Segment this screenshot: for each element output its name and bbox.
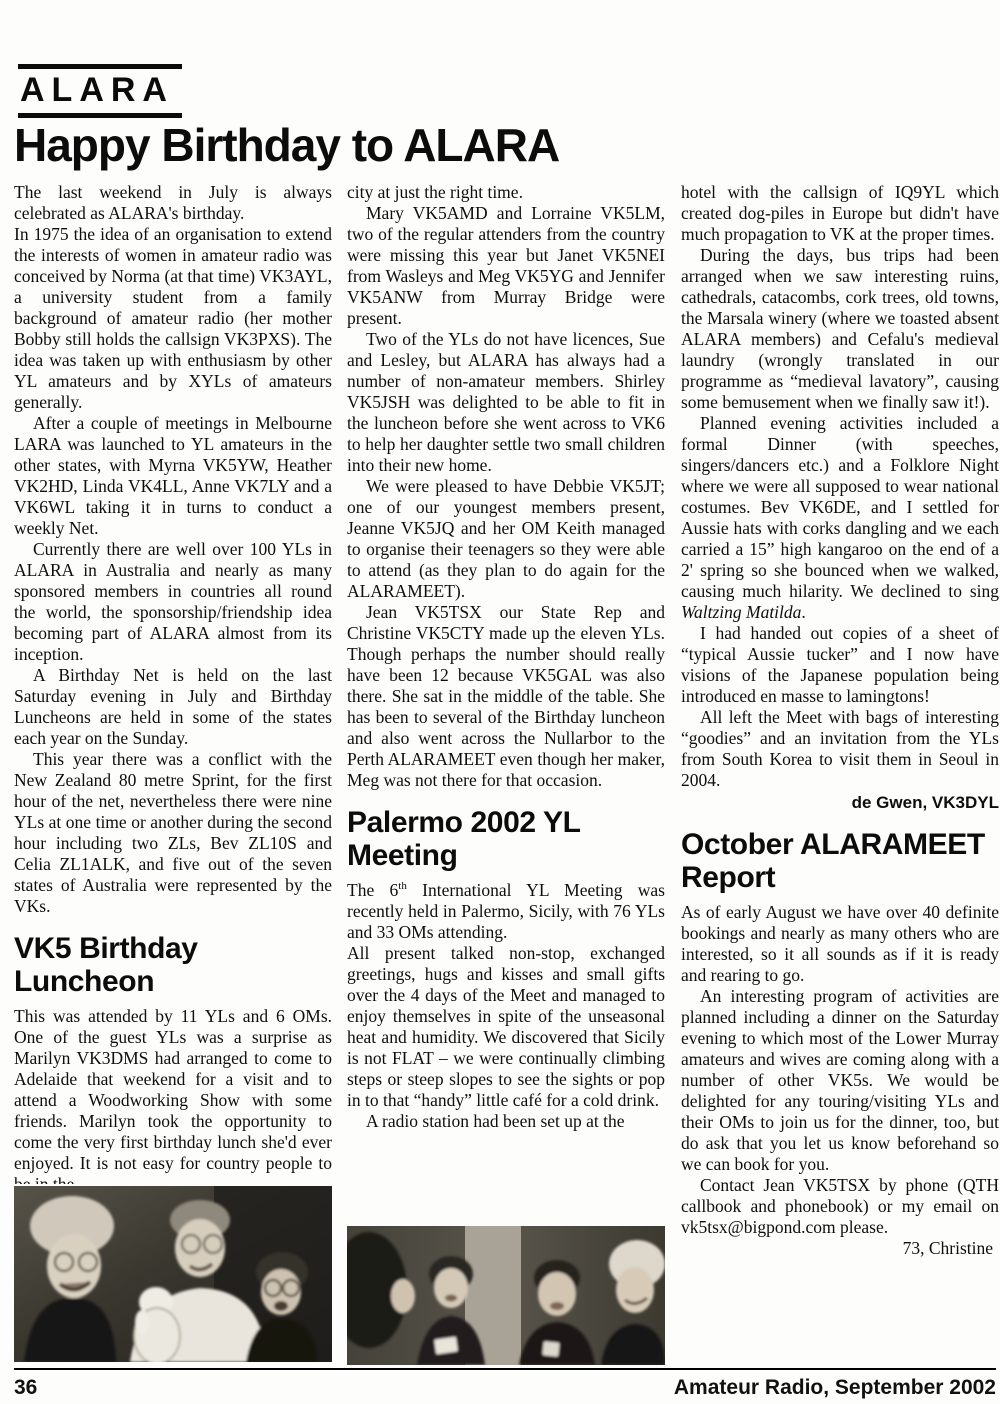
- column-2: city at just the right time. Mary VK5AMD…: [347, 182, 665, 1224]
- paragraph: An interesting program of activities are…: [681, 986, 999, 1175]
- paragraph: Mary VK5AMD and Lorraine VK5LM, two of t…: [347, 203, 665, 329]
- paragraph: Contact Jean VK5TSX by phone (QTH callbo…: [681, 1175, 999, 1238]
- alara-logo-text: ALARA: [20, 71, 174, 109]
- author-signature-gwen: de Gwen, VK3DYL: [681, 792, 999, 813]
- paragraph: I had handed out copies of a sheet of “t…: [681, 623, 999, 707]
- paragraph: city at just the right time.: [347, 182, 665, 203]
- paragraph: After a couple of meetings in Melbourne …: [14, 413, 332, 539]
- paragraph: During the days, bus trips had been arra…: [681, 245, 999, 413]
- section-heading-palermo-meeting: Palermo 2002 YL Meeting: [347, 806, 665, 872]
- paragraph: All left the Meet with bags of interesti…: [681, 707, 999, 791]
- paragraph: In 1975 the idea of an organisation to e…: [14, 224, 332, 413]
- paragraph: Currently there are well over 100 YLs in…: [14, 539, 332, 665]
- paragraph: We were pleased to have Debbie VK5JT; on…: [347, 476, 665, 602]
- paragraph: This year there was a conflict with the …: [14, 749, 332, 917]
- paragraph: This was attended by 11 YLs and 6 OMs. O…: [14, 1006, 332, 1184]
- paragraph: The 6th International YL Meeting was rec…: [347, 880, 665, 943]
- palermo-meeting-photo: [347, 1226, 665, 1365]
- paragraph: All present talked non-stop, exchanged g…: [347, 943, 665, 1111]
- paragraph: As of early August we have over 40 defin…: [681, 902, 999, 986]
- article-title: Happy Birthday to ALARA: [14, 118, 559, 172]
- song-title-italic: Waltzing Matilda: [681, 602, 801, 622]
- alara-column-logo: ALARA: [18, 64, 182, 118]
- paragraph: The last weekend in July is always celeb…: [14, 182, 332, 224]
- page-number: 36: [14, 1376, 37, 1400]
- section-heading-vk5-birthday-luncheon: VK5 Birthday Luncheon: [14, 932, 332, 998]
- ordinal-superscript: th: [398, 880, 407, 892]
- paragraph: Planned evening activities included a fo…: [681, 413, 999, 623]
- paragraph: A Birthday Net is held on the last Satur…: [14, 665, 332, 749]
- text-run: Planned evening activities included a fo…: [681, 413, 999, 601]
- paragraph: Jean VK5TSX our State Rep and Christine …: [347, 602, 665, 791]
- paragraph: hotel with the callsign of IQ9YL which c…: [681, 182, 999, 245]
- text-run: .: [801, 602, 805, 622]
- section-heading-october-alarameet: October ALARAMEET Report: [681, 828, 999, 894]
- magazine-issue: Amateur Radio, September 2002: [674, 1376, 996, 1400]
- text-run: The 6: [347, 880, 398, 900]
- paragraph: A radio station had been set up at the: [347, 1111, 665, 1132]
- birthday-luncheon-photo: [14, 1186, 332, 1362]
- magazine-page: ALARA Happy Birthday to ALARA The last w…: [0, 0, 1000, 1404]
- author-signature-christine: 73, Christine: [681, 1238, 999, 1259]
- page-footer: 36 Amateur Radio, September 2002: [14, 1368, 996, 1400]
- column-3: hotel with the callsign of IQ9YL which c…: [681, 182, 999, 1368]
- paragraph: Two of the YLs do not have licences, Sue…: [347, 329, 665, 476]
- column-1: The last weekend in July is always celeb…: [14, 182, 332, 1184]
